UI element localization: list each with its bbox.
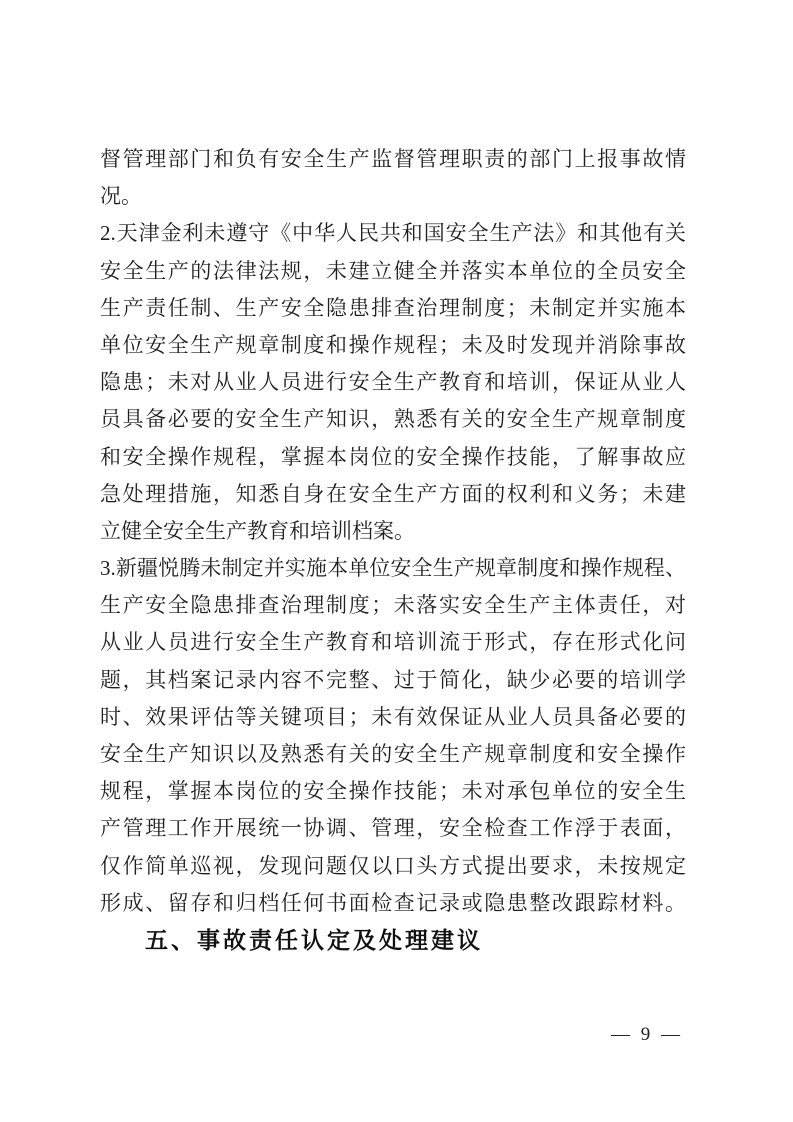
- body-line: 急处理措施，知悉自身在安全生产方面的权利和义务；未建: [100, 476, 686, 513]
- body-line: 安全生产的法律法规，未建立健全并落实本单位的全员安全: [100, 253, 686, 290]
- body-line: 从业人员进行安全生产教育和培训流于形式，存在形式化问: [100, 624, 686, 661]
- body-line: 立健全安全生产教育和培训档案。: [100, 513, 686, 550]
- body-line: 员具备必要的安全生产知识，熟悉有关的安全生产规章制度: [100, 401, 686, 438]
- document-page: 督管理部门和负有安全生产监督管理职责的部门上报事故情 况。 2.天津金利未遵守《…: [0, 0, 793, 1122]
- section-heading: 五、事故责任认定及处理建议: [100, 922, 686, 959]
- body-line: 督管理部门和负有安全生产监督管理职责的部门上报事故情: [100, 141, 686, 178]
- body-line: 题，其档案记录内容不完整、过于简化，缺少必要的培训学: [100, 662, 686, 699]
- body-line: 和安全操作规程，掌握本岗位的安全操作技能，了解事故应: [100, 439, 686, 476]
- body-line: 况。: [100, 178, 686, 215]
- body-line: 形成、留存和归档任何书面检查记录或隐患整改跟踪材料。: [100, 885, 686, 922]
- body-line: 生产安全隐患排查治理制度；未落实安全生产主体责任，对: [100, 587, 686, 624]
- body-line: 安全生产知识以及熟悉有关的安全生产规章制度和安全操作: [100, 736, 686, 773]
- document-body: 督管理部门和负有安全生产监督管理职责的部门上报事故情 况。 2.天津金利未遵守《…: [100, 141, 686, 959]
- body-line: 3.新疆悦腾未制定并实施本单位安全生产规章制度和操作规程、: [100, 550, 686, 587]
- body-line: 仅作简单巡视，发现问题仅以口头方式提出要求，未按规定: [100, 848, 686, 885]
- body-line: 单位安全生产规章制度和操作规程；未及时发现并消除事故: [100, 327, 686, 364]
- body-line: 产管理工作开展统一协调、管理，安全检查工作浮于表面，: [100, 810, 686, 847]
- body-line: 规程，掌握本岗位的安全操作技能；未对承包单位的安全生: [100, 773, 686, 810]
- body-line: 2.天津金利未遵守《中华人民共和国安全生产法》和其他有关: [100, 215, 686, 252]
- body-line: 生产责任制、生产安全隐患排查治理制度；未制定并实施本: [100, 290, 686, 327]
- body-line: 隐患；未对从业人员进行安全生产教育和培训，保证从业人: [100, 364, 686, 401]
- body-line: 时、效果评估等关键项目；未有效保证从业人员具备必要的: [100, 699, 686, 736]
- page-number: — 9 —: [611, 1024, 683, 1046]
